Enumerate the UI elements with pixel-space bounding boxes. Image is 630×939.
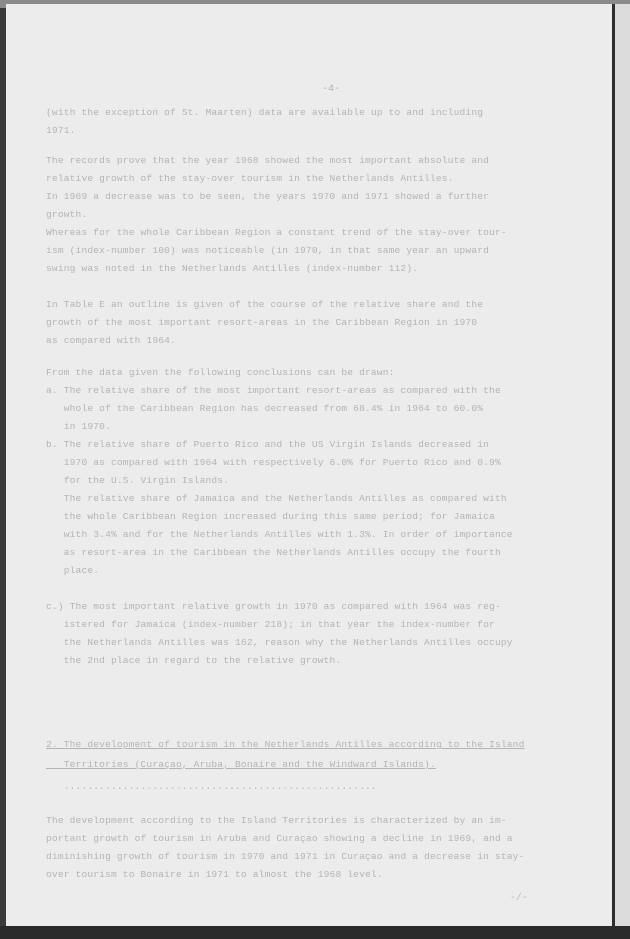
paragraph-line: as resort-area in the Caribbean the Neth…: [46, 544, 501, 562]
paragraph-line: relative growth of the stay-over tourism…: [46, 170, 454, 188]
paragraph-line: over tourism to Bonaire in 1971 to almos…: [46, 866, 383, 884]
section-heading: Territories (Curaçao, Aruba, Bonaire and…: [46, 756, 436, 774]
paragraph-line: The relative share of Jamaica and the Ne…: [46, 490, 507, 508]
paragraph-line: whole of the Caribbean Region has decrea…: [46, 400, 483, 418]
paragraph-line: In 1969 a decrease was to be seen, the y…: [46, 188, 489, 206]
scan-bottom-edge: [0, 926, 630, 939]
paragraph-line: b. The relative share of Puerto Rico and…: [46, 436, 489, 454]
paragraph-line: ism (index-number 100) was noticeable (i…: [46, 242, 489, 260]
page-number: -4-: [322, 84, 340, 95]
paragraph-line: portant growth of tourism in Aruba and C…: [46, 830, 513, 848]
paragraph-line: place.: [46, 562, 99, 580]
paragraph-line: as compared with 1964.: [46, 332, 176, 350]
paragraph-line: with 3.4% and for the Netherlands Antill…: [46, 526, 513, 544]
paragraph-line: The development according to the Island …: [46, 812, 507, 830]
paragraph-line: istered for Jamaica (index-number 218); …: [46, 616, 495, 634]
paragraph-line: From the data given the following conclu…: [46, 364, 395, 382]
paragraph-line: the whole Caribbean Region increased dur…: [46, 508, 495, 526]
paragraph-line: a. The relative share of the most import…: [46, 382, 501, 400]
scan-right-edge: [612, 4, 630, 939]
section-heading: 2. The development of tourism in the Net…: [46, 736, 524, 754]
section-heading: ........................................…: [46, 778, 377, 796]
paragraph-line: 1971.: [46, 122, 76, 140]
paragraph-line: Whereas for the whole Caribbean Region a…: [46, 224, 507, 242]
paragraph-line: growth.: [46, 206, 87, 224]
paragraph-line: (with the exception of St. Maarten) data…: [46, 104, 483, 122]
paragraph-line: In Table E an outline is given of the co…: [46, 296, 483, 314]
continuation-mark: -/-: [510, 893, 528, 904]
paragraph-line: the Netherlands Antilles was 162, reason…: [46, 634, 513, 652]
paragraph-line: c.) The most important relative growth i…: [46, 598, 501, 616]
paragraph-line: The records prove that the year 1968 sho…: [46, 152, 489, 170]
paragraph-line: in 1970.: [46, 418, 111, 436]
paragraph-line: for the U.S. Virgin Islands.: [46, 472, 229, 490]
paragraph-line: 1970 as compared with 1964 with respecti…: [46, 454, 501, 472]
paragraph-line: the 2nd place in regard to the relative …: [46, 652, 341, 670]
paragraph-line: diminishing growth of tourism in 1970 an…: [46, 848, 524, 866]
paragraph-line: growth of the most important resort-area…: [46, 314, 477, 332]
paragraph-line: swing was noted in the Netherlands Antil…: [46, 260, 418, 278]
